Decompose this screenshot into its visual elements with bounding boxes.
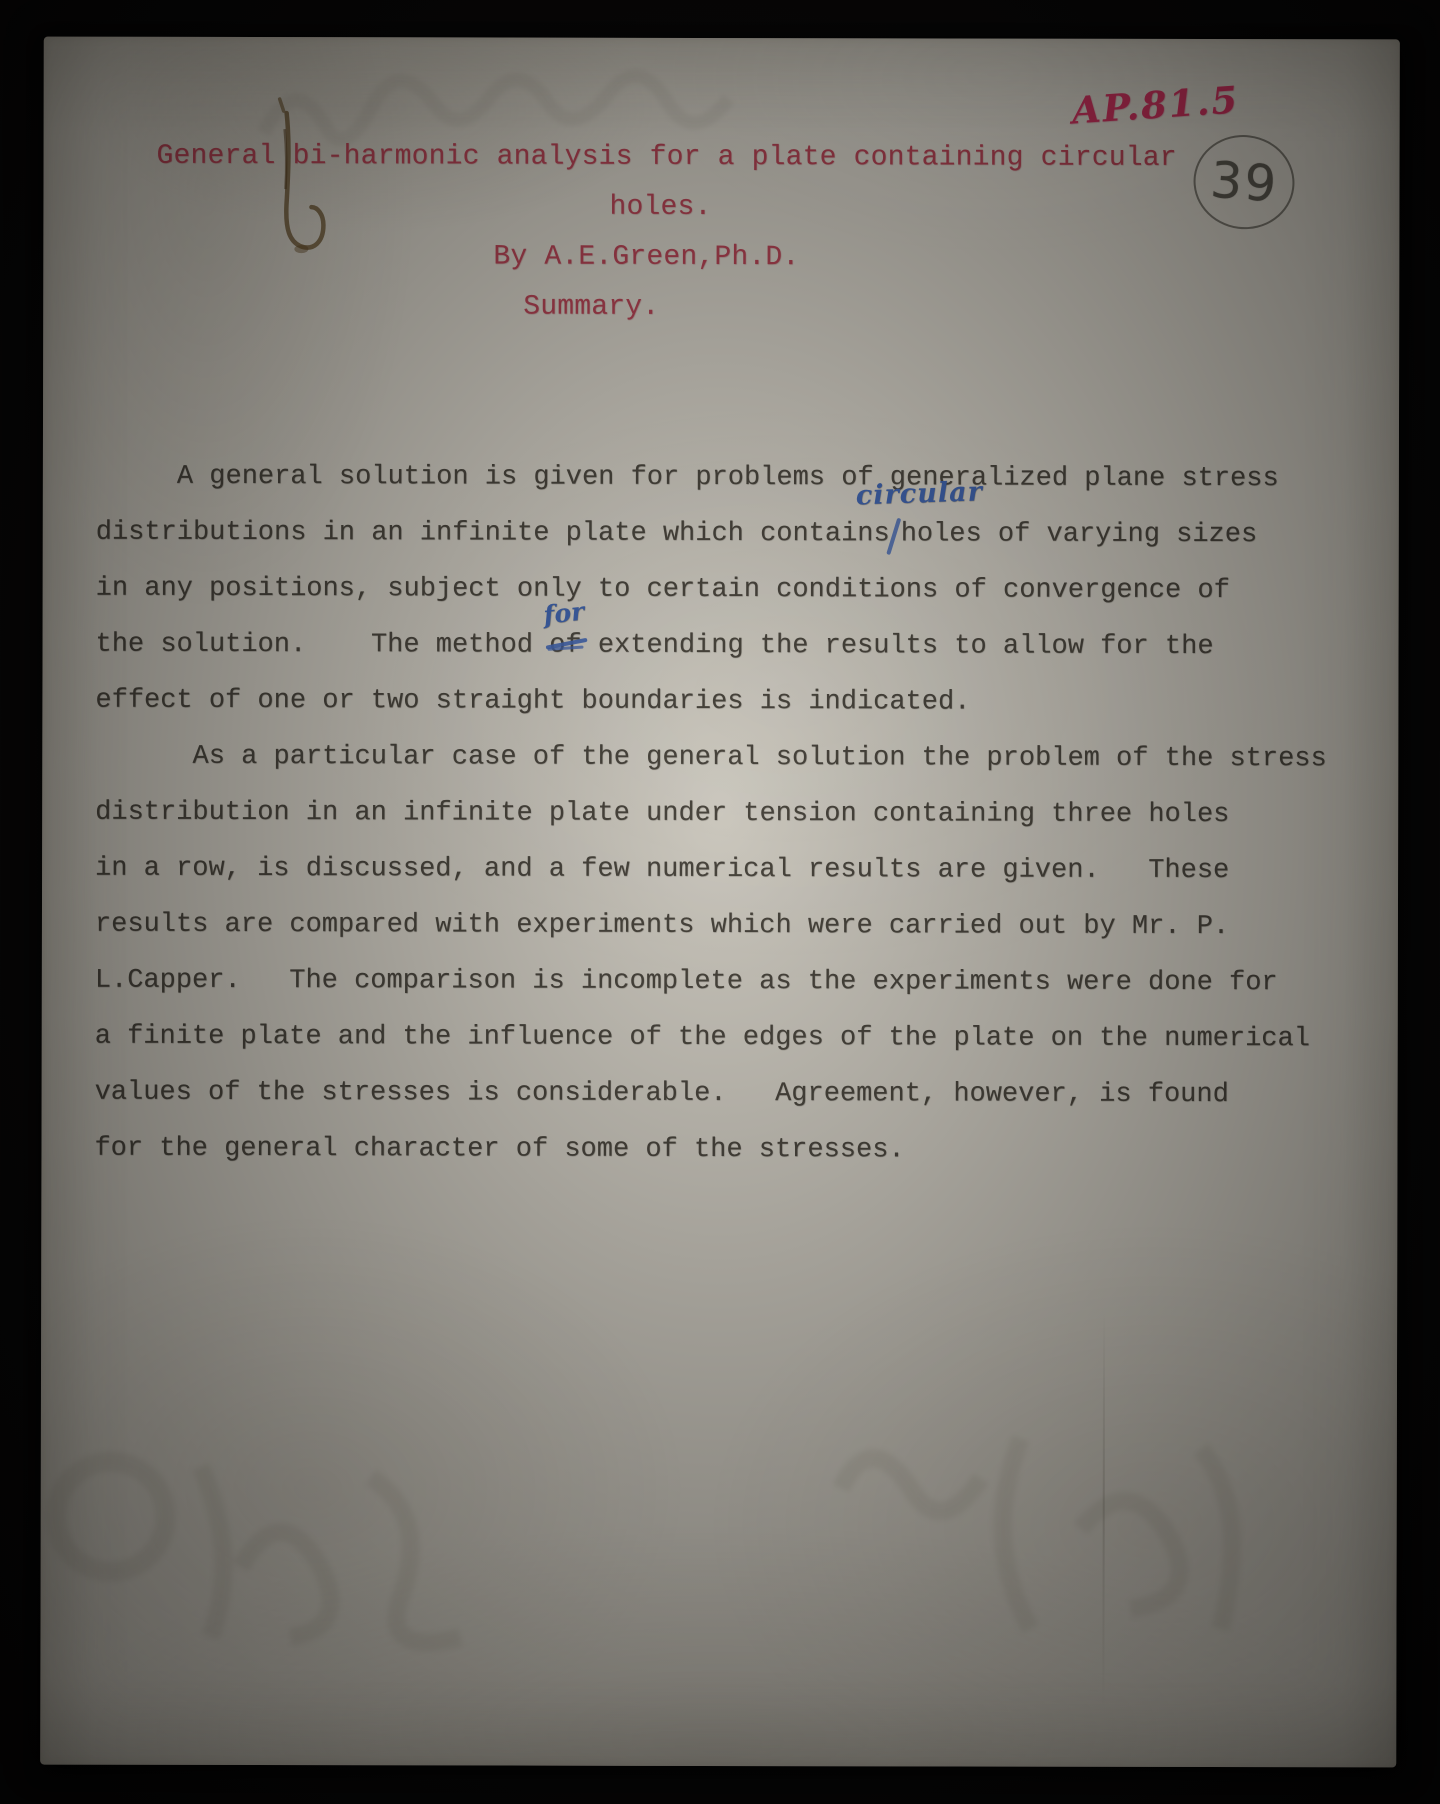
body-line: A general solution is given for problems… <box>96 449 1328 508</box>
ink-stain <box>43 37 384 338</box>
line-text-after-insert: holes of varying sizes <box>901 519 1258 550</box>
body-line: L.Capper. The comparison is incomplete a… <box>95 953 1327 1012</box>
body-line: results are compared with experiments wh… <box>95 897 1327 956</box>
body-line-with-correction: the solution. The method offor extending… <box>95 617 1327 676</box>
insertion-point: circular <box>890 506 901 562</box>
scan-background: AP.81.5 39 General bi-harmonic analysis … <box>0 0 1440 1804</box>
bleed-through-bottom-right <box>800 1368 1281 1689</box>
summary-text: A general solution is given for problems… <box>94 449 1327 1180</box>
struck-word: offor <box>549 618 582 674</box>
body-line-with-insertion: distributions in an infinite plate which… <box>96 505 1328 564</box>
body-line: distribution in an infinite plate under … <box>95 785 1327 844</box>
line-text-before-correction: the solution. The method <box>96 630 550 661</box>
handwritten-catalog-number: AP.81.5 <box>1070 77 1240 132</box>
body-line: for the general character of some of the… <box>94 1121 1326 1180</box>
document-title-line1: General bi-harmonic analysis for a plate… <box>157 129 1177 187</box>
page-number-circle: 39 <box>1188 129 1300 235</box>
body-line: in a row, is discussed, and a few numeri… <box>95 841 1327 900</box>
handwritten-insert-word: circular <box>855 464 984 524</box>
body-line: values of the stresses is considerable. … <box>95 1065 1327 1124</box>
document-title-line2: holes. <box>609 180 711 236</box>
bleed-through-bottom-left <box>40 1387 501 1688</box>
line-text-after-correction: extending the results to allow for the <box>582 631 1214 662</box>
document-page: AP.81.5 39 General bi-harmonic analysis … <box>40 37 1400 1768</box>
paper-crease <box>1102 1309 1105 1709</box>
body-line: a finite plate and the influence of the … <box>95 1009 1327 1068</box>
line-text-before-insert: distributions in an infinite plate which… <box>96 518 890 550</box>
byline: By A.E.Green,Ph.D. <box>493 230 799 287</box>
section-heading: Summary. <box>523 280 659 336</box>
body-line: As a particular case of the general solu… <box>95 729 1327 788</box>
handwritten-replacement-word: for <box>541 584 587 644</box>
body-line: effect of one or two straight boundaries… <box>95 673 1327 732</box>
page-number: 39 <box>1208 151 1280 214</box>
body-line: in any positions, subject only to certai… <box>96 561 1328 620</box>
